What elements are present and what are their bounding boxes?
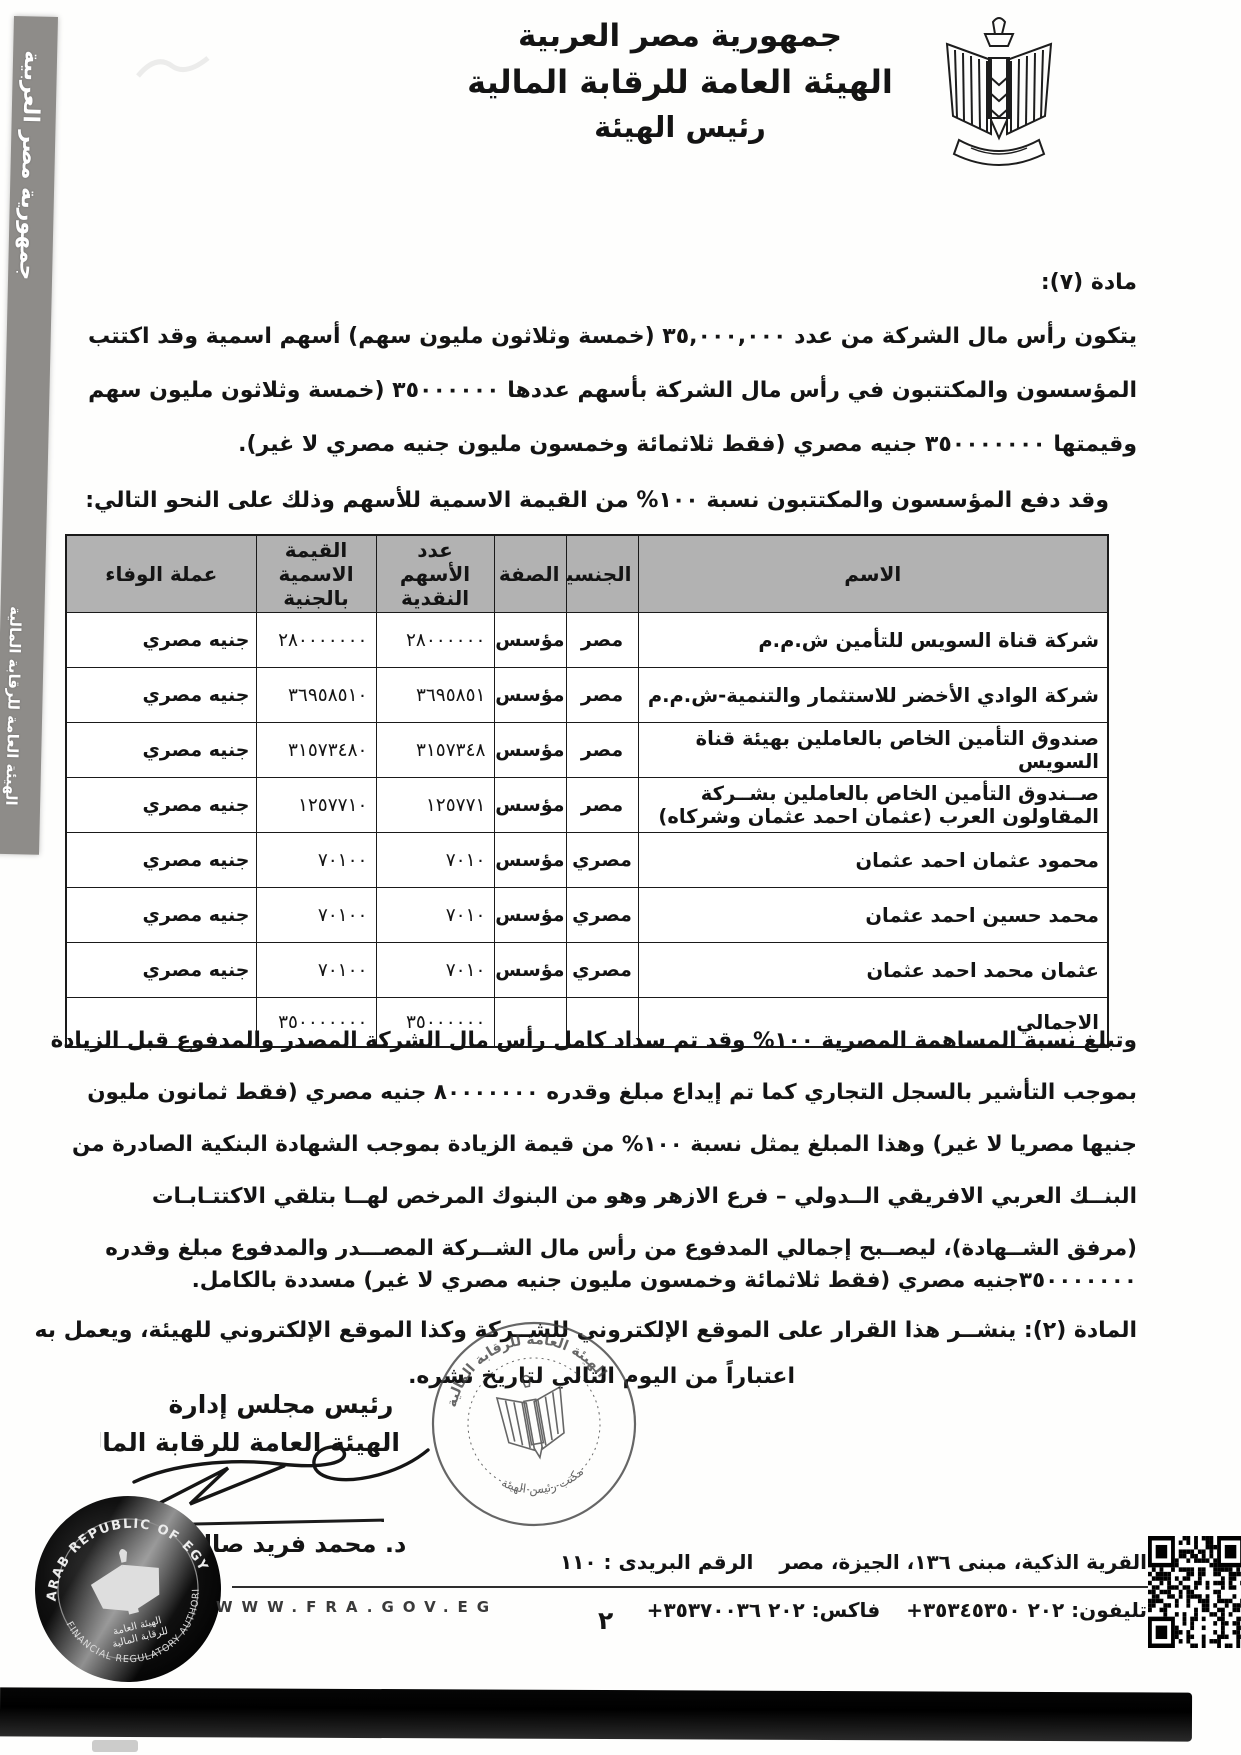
cell-nationality: مصر bbox=[566, 668, 638, 723]
cell-currency: جنيه مصري bbox=[66, 943, 256, 998]
letterhead-authority: الهيئة العامة للرقابة المالية bbox=[400, 63, 960, 101]
cell-shares: ٧٠١٠ bbox=[376, 833, 494, 888]
cell-nationality: مصري bbox=[566, 888, 638, 943]
cell-currency: جنيه مصري bbox=[66, 613, 256, 668]
header-shares: عدد الأسهم النقدية bbox=[376, 535, 494, 613]
postal-label: الرقم البريدى : bbox=[604, 1550, 754, 1574]
scan-artifact-bar bbox=[0, 1687, 1192, 1741]
letterhead-office: رئيس الهيئة bbox=[400, 110, 960, 144]
cell-name: صندوق التأمين الخاص بالعاملين بهيئة قناة… bbox=[638, 723, 1108, 778]
article7-line1: يتكون رأس مال الشركة من عدد ٣٥,٠٠٠,٠٠٠ (… bbox=[88, 322, 1137, 352]
address-text: القرية الذكية، مبنى ١٣٦، الجيزة، مصر bbox=[779, 1550, 1147, 1574]
fra-embossed-seal-icon: ARAB REPUBLIC OF EGYPT FINANCIAL REGULAT… bbox=[33, 1494, 223, 1684]
letterhead: جمهورية مصر العربية الهيئة العامة للرقاب… bbox=[400, 18, 960, 144]
cell-role: مؤسس bbox=[494, 943, 566, 998]
capital-line6: ٣٥٠٠٠٠٠٠٠جنيه مصري (فقط ثلاثمائة وخمسون … bbox=[192, 1268, 1137, 1293]
cell-shares: ١٢٥٧٧١ bbox=[376, 778, 494, 833]
cell-role: مؤسس bbox=[494, 888, 566, 943]
table-row: شركة قناة السويس للتأمين ش.م.م مصر مؤسس … bbox=[66, 613, 1108, 668]
capital-line2: بموجب التأشير بالسجل التجاري كما تم إيدا… bbox=[87, 1080, 1137, 1105]
page-number: ٢ bbox=[598, 1606, 613, 1635]
cell-name: صــندوق التأمين الخاص بالعاملين بشــركة … bbox=[638, 778, 1108, 833]
cell-shares: ٣٦٩٥٨٥١ bbox=[376, 668, 494, 723]
table-row: محمد حسين احمد عثمان مصري مؤسس ٧٠١٠ ٧٠١٠… bbox=[66, 888, 1108, 943]
cell-shares: ٧٠١٠ bbox=[376, 888, 494, 943]
cell-value: ١٢٥٧٧١٠ bbox=[256, 778, 376, 833]
band-country-text: جمهورية مصر العربية bbox=[14, 50, 44, 280]
cell-currency: جنيه مصري bbox=[66, 833, 256, 888]
fax-label: فاكس: bbox=[812, 1598, 881, 1622]
postal-code: ١١٠ bbox=[560, 1550, 597, 1574]
cell-nationality: مصر bbox=[566, 613, 638, 668]
header-role: الصفة bbox=[494, 535, 566, 613]
capital-line4: البنــك العربي الافريقي الــدولي – فرع ا… bbox=[152, 1184, 1137, 1209]
egypt-eagle-emblem-icon bbox=[933, 16, 1065, 174]
band-authority-text: الهيئة العامة للرقابة المالية bbox=[2, 606, 25, 806]
fax-number: +٢٠٢ ٣٥٣٧٠٠٣٦ bbox=[647, 1598, 805, 1622]
table-row: صــندوق التأمين الخاص بالعاملين بشــركة … bbox=[66, 778, 1108, 833]
table-header-row: الاسم الجنسية الصفة عدد الأسهم النقدية ا… bbox=[66, 535, 1108, 613]
cell-value: ٣١٥٧٣٤٨٠ bbox=[256, 723, 376, 778]
capital-line3: جنيها مصريا لا غير) وهذا المبلغ يمثل نسب… bbox=[72, 1132, 1137, 1157]
article7-line2: المؤسسون والمكتتبون في رأس مال الشركة بأ… bbox=[88, 376, 1137, 406]
cell-name: محمود عثمان احمد عثمان bbox=[638, 833, 1108, 888]
cell-shares: ٢٨٠٠٠٠٠٠ bbox=[376, 613, 494, 668]
cell-nationality: مصري bbox=[566, 833, 638, 888]
svg-text:مكتب رئيس الهيئة: مكتب رئيس الهيئة bbox=[497, 1461, 589, 1504]
cell-nationality: مصري bbox=[566, 943, 638, 998]
header-nationality: الجنسية bbox=[566, 535, 638, 613]
scan-smudge bbox=[128, 36, 218, 96]
table-row: صندوق التأمين الخاص بالعاملين بهيئة قناة… bbox=[66, 723, 1108, 778]
phone-label: تليفون: bbox=[1071, 1598, 1147, 1622]
fra-round-ink-stamp-icon: الهيئة العامة للرقابة المالية مكتب رئيس … bbox=[426, 1316, 642, 1532]
cell-currency: جنيه مصري bbox=[66, 778, 256, 833]
qr-code-icon bbox=[1148, 1536, 1241, 1648]
cell-name: عثمان محمد احمد عثمان bbox=[638, 943, 1108, 998]
cell-name: شركة قناة السويس للتأمين ش.م.م bbox=[638, 613, 1108, 668]
header-currency: عملة الوفاء bbox=[66, 535, 256, 613]
article7-heading: مادة (٧): bbox=[1041, 268, 1137, 298]
cell-shares: ٧٠١٠ bbox=[376, 943, 494, 998]
cell-name: شركة الوادي الأخضر للاستثمار والتنمية-ش.… bbox=[638, 668, 1108, 723]
footer-rule-line bbox=[232, 1586, 1150, 1588]
capital-line5: (مرفق الشــهادة)، ليصــبح إجمالي المدفوع… bbox=[105, 1236, 1137, 1261]
scanned-decree-page: جمهورية مصر العربية الهيئة العامة للرقاب… bbox=[0, 0, 1241, 1755]
cell-role: مؤسس bbox=[494, 778, 566, 833]
cell-role: مؤسس bbox=[494, 668, 566, 723]
shareholders-table: الاسم الجنسية الصفة عدد الأسهم النقدية ا… bbox=[65, 534, 1109, 1048]
article7-intro-line: وقد دفع المؤسسون والمكتتبون نسبة ١٠٠% من… bbox=[85, 486, 1109, 516]
scan-edge-band: جمهورية مصر العربية الهيئة العامة للرقاب… bbox=[0, 16, 58, 855]
cell-currency: جنيه مصري bbox=[66, 723, 256, 778]
cell-role: مؤسس bbox=[494, 613, 566, 668]
cell-name: محمد حسين احمد عثمان bbox=[638, 888, 1108, 943]
phone-number: +٢٠٢ ٣٥٣٤٥٣٥٠ bbox=[906, 1598, 1064, 1622]
header-name: الاسم bbox=[638, 535, 1108, 613]
stamp-arc-top-text: الهيئة العامة للرقابة المالية bbox=[434, 1319, 612, 1412]
website-url: WWW.FRA.GOV.EG bbox=[216, 1598, 498, 1616]
table-row: شركة الوادي الأخضر للاستثمار والتنمية-ش.… bbox=[66, 668, 1108, 723]
cell-currency: جنيه مصري bbox=[66, 888, 256, 943]
cell-nationality: مصر bbox=[566, 723, 638, 778]
cell-value: ٧٠١٠٠ bbox=[256, 833, 376, 888]
cell-nationality: مصر bbox=[566, 778, 638, 833]
signature-title-1: رئيس مجلس إدارة bbox=[150, 1390, 412, 1419]
cell-currency: جنيه مصري bbox=[66, 668, 256, 723]
cell-role: مؤسس bbox=[494, 833, 566, 888]
scan-artifact-smudge bbox=[92, 1740, 138, 1752]
letterhead-country: جمهورية مصر العربية bbox=[400, 18, 960, 54]
header-value: القيمة الاسمية بالجنية bbox=[256, 535, 376, 613]
cell-value: ٧٠١٠٠ bbox=[256, 943, 376, 998]
cell-value: ٢٨٠٠٠٠٠٠٠ bbox=[256, 613, 376, 668]
cell-value: ٣٦٩٥٨٥١٠ bbox=[256, 668, 376, 723]
table-row: عثمان محمد احمد عثمان مصري مؤسس ٧٠١٠ ٧٠١… bbox=[66, 943, 1108, 998]
capital-line1: وتبلغ نسبة المساهمة المصرية ١٠٠% وقد تم … bbox=[51, 1028, 1137, 1053]
cell-shares: ٣١٥٧٣٤٨ bbox=[376, 723, 494, 778]
cell-value: ٧٠١٠٠ bbox=[256, 888, 376, 943]
cell-role: مؤسس bbox=[494, 723, 566, 778]
footer-contact-line: تليفون: +٢٠٢ ٣٥٣٤٥٣٥٠فاكس: +٢٠٢ ٣٥٣٧٠٠٣٦ bbox=[647, 1598, 1147, 1622]
article2-heading: المادة (٢): bbox=[1024, 1318, 1137, 1343]
svg-text:الهيئة العامة للرقابة المالية: الهيئة العامة للرقابة المالية bbox=[434, 1319, 612, 1412]
table-row: محمود عثمان احمد عثمان مصري مؤسس ٧٠١٠ ٧٠… bbox=[66, 833, 1108, 888]
stamp-arc-bottom-text: مكتب رئيس الهيئة bbox=[497, 1461, 589, 1504]
footer-address: القرية الذكية، مبنى ١٣٦، الجيزة، مصرالرق… bbox=[560, 1550, 1147, 1574]
article7-line3: وقيمتها ٣٥٠٠٠٠٠٠٠ جنيه مصري (فقط ثلاثمائ… bbox=[238, 430, 1137, 460]
